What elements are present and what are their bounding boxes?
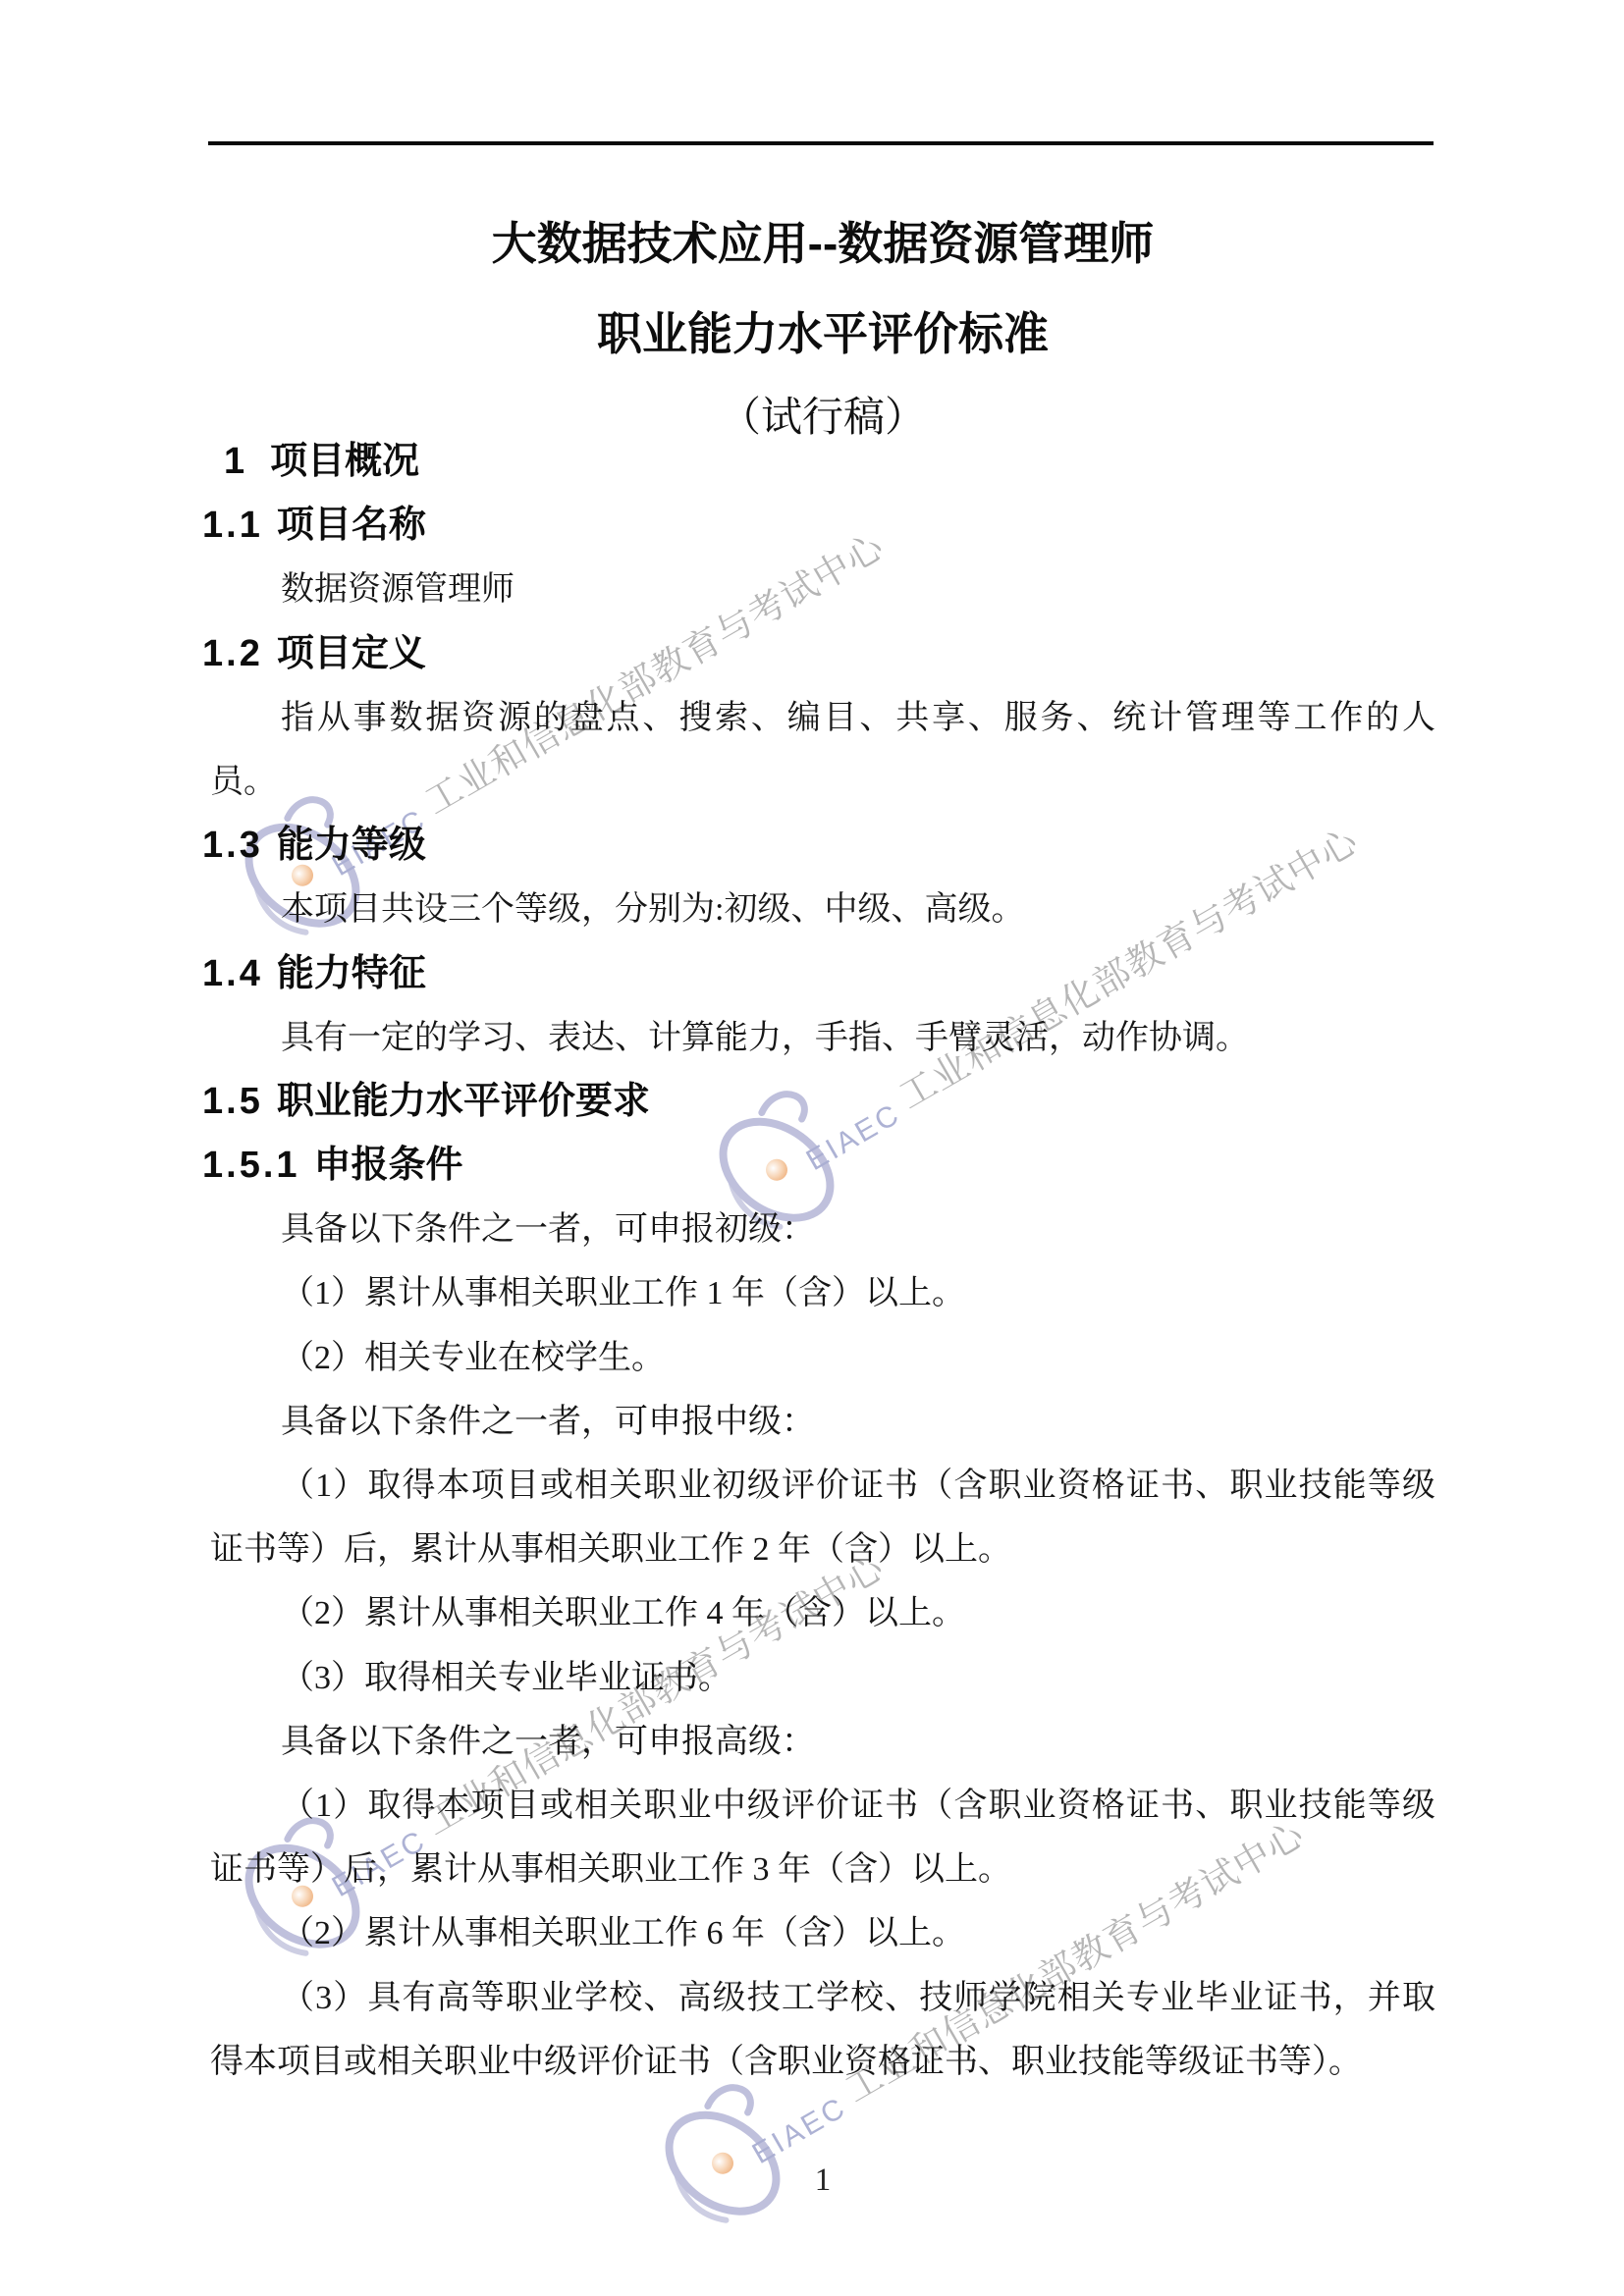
section-heading: 1.2项目定义 [202, 622, 1435, 686]
heading-label: 能力等级 [277, 825, 426, 866]
paragraph-text: （2）相关专业在校学生。 [281, 1340, 665, 1376]
paragraph-text: 得本项目或相关职业中级评价证书（含职业资格证书、职业技能等级证书等）。 [210, 2044, 1362, 2080]
header-rule [208, 141, 1434, 145]
paragraph-text: 数据资源管理师 [281, 571, 514, 608]
paragraph-text: （2）累计从事相关职业工作 4 年（含）以上。 [281, 1595, 965, 1631]
paragraph-line: 具有一定的学习、表达、计算能力，手指、手臂灵活，动作协调。 [210, 1006, 1435, 1070]
paragraph-line: 具备以下条件之一者，可申报中级： [210, 1390, 1435, 1454]
paragraph-text: （2）累计从事相关职业工作 6 年（含）以上。 [281, 1915, 965, 1951]
paragraph-text: （1）取得本项目或相关职业中级评价证书（含职业资格证书、职业技能等级 [281, 1788, 1435, 1824]
heading-number: 1 [224, 441, 244, 482]
paragraph-line: 证书等）后，累计从事相关职业工作 3 年（含）以上。 [210, 1838, 1435, 1901]
heading-label: 能力特征 [277, 953, 426, 994]
paragraph-text: 具有一定的学习、表达、计算能力，手指、手臂灵活，动作协调。 [281, 1020, 1249, 1056]
paragraph-text: （1）取得本项目或相关职业初级评价证书（含职业资格证书、职业技能等级 [281, 1468, 1435, 1504]
paragraph-text: 证书等）后，累计从事相关职业工作 2 年（含）以上。 [210, 1531, 1011, 1568]
doc-title-line1: 大数据技术应用--数据资源管理师 [210, 208, 1435, 273]
heading-number: 1.5.1 [202, 1145, 300, 1186]
paragraph-text: 具备以下条件之一者，可申报中级： [281, 1404, 815, 1440]
section-heading: 1.5职业能力水平评价要求 [202, 1070, 1435, 1134]
heading-number: 1.5 [202, 1081, 263, 1122]
heading-label: 项目定义 [277, 633, 426, 674]
paragraph-line: （2）相关专业在校学生。 [210, 1326, 1435, 1390]
paragraph-line: （2）累计从事相关职业工作 6 年（含）以上。 [210, 1901, 1435, 1965]
paragraph-line: （3）具有高等职业学校、高级技工学校、技师学院相关专业毕业证书，并取 [210, 1966, 1435, 2030]
document-body: 1项目概况1.1项目名称数据资源管理师1.2项目定义指从事数据资源的盘点、搜索、… [210, 430, 1435, 2094]
doc-title-line2: 职业能力水平评价标准 [210, 298, 1435, 363]
heading-label: 申报条件 [314, 1145, 463, 1186]
paragraph-text: 具备以下条件之一者，可申报高级： [281, 1724, 815, 1760]
paragraph-line: 数据资源管理师 [210, 558, 1435, 621]
heading-label: 项目概况 [270, 441, 419, 482]
paragraph-text: （3）具有高等职业学校、高级技工学校、技师学院相关专业毕业证书，并取 [281, 1980, 1435, 2016]
paragraph-text: （1）累计从事相关职业工作 1 年（含）以上。 [281, 1275, 965, 1311]
paragraph-line: （1）取得本项目或相关职业初级评价证书（含职业资格证书、职业技能等级 [210, 1454, 1435, 1518]
paragraph-line: 具备以下条件之一者，可申报初级： [210, 1198, 1435, 1261]
paragraph-text: （3）取得相关专业毕业证书。 [281, 1660, 731, 1696]
page-number: 1 [210, 2163, 1435, 2199]
section-heading: 1.1项目名称 [202, 494, 1435, 558]
watermark-brand: EIAEC [747, 2091, 853, 2171]
section-heading: 1.4能力特征 [202, 942, 1435, 1006]
heading-number: 1.1 [202, 505, 263, 546]
section-heading: 1.3能力等级 [202, 814, 1435, 878]
paragraph-text: 指从事数据资源的盘点、搜索、编目、共享、服务、统计管理等工作的人 [281, 700, 1435, 736]
paragraph-line: （3）取得相关专业毕业证书。 [210, 1646, 1435, 1710]
ceiaec-logo-icon [627, 2067, 815, 2255]
paragraph-line: 具备以下条件之一者，可申报高级： [210, 1710, 1435, 1774]
section-heading: 1项目概况 [210, 430, 1435, 494]
paragraph-text: 具备以下条件之一者，可申报初级： [281, 1211, 815, 1248]
section-heading: 1.5.1申报条件 [202, 1134, 1435, 1198]
paragraph-line: （2）累计从事相关职业工作 4 年（含）以上。 [210, 1581, 1435, 1645]
paragraph-line: （1）取得本项目或相关职业中级评价证书（含职业资格证书、职业技能等级 [210, 1774, 1435, 1838]
heading-number: 1.3 [202, 825, 263, 866]
paragraph-text: 证书等）后，累计从事相关职业工作 3 年（含）以上。 [210, 1851, 1011, 1888]
paragraph-line: 证书等）后，累计从事相关职业工作 2 年（含）以上。 [210, 1518, 1435, 1581]
paragraph-text: 本项目共设三个等级，分别为:初级、中级、高级。 [281, 891, 1024, 928]
paragraph-text: 员。 [210, 764, 277, 800]
paragraph-line: 本项目共设三个等级，分别为:初级、中级、高级。 [210, 878, 1435, 941]
paragraph-line: 得本项目或相关职业中级评价证书（含职业资格证书、职业技能等级证书等）。 [210, 2030, 1435, 2094]
paragraph-line: 指从事数据资源的盘点、搜索、编目、共享、服务、统计管理等工作的人 [210, 686, 1435, 750]
heading-number: 1.4 [202, 953, 263, 994]
document-page: EIAEC 工业和信息化部教育与考试中心 EIAEC 工业和信息化部教育与考试中… [0, 0, 1624, 2296]
heading-label: 项目名称 [277, 505, 426, 546]
paragraph-line: 员。 [210, 750, 1435, 814]
heading-label: 职业能力水平评价要求 [277, 1081, 650, 1122]
heading-number: 1.2 [202, 633, 263, 674]
paragraph-line: （1）累计从事相关职业工作 1 年（含）以上。 [210, 1261, 1435, 1325]
